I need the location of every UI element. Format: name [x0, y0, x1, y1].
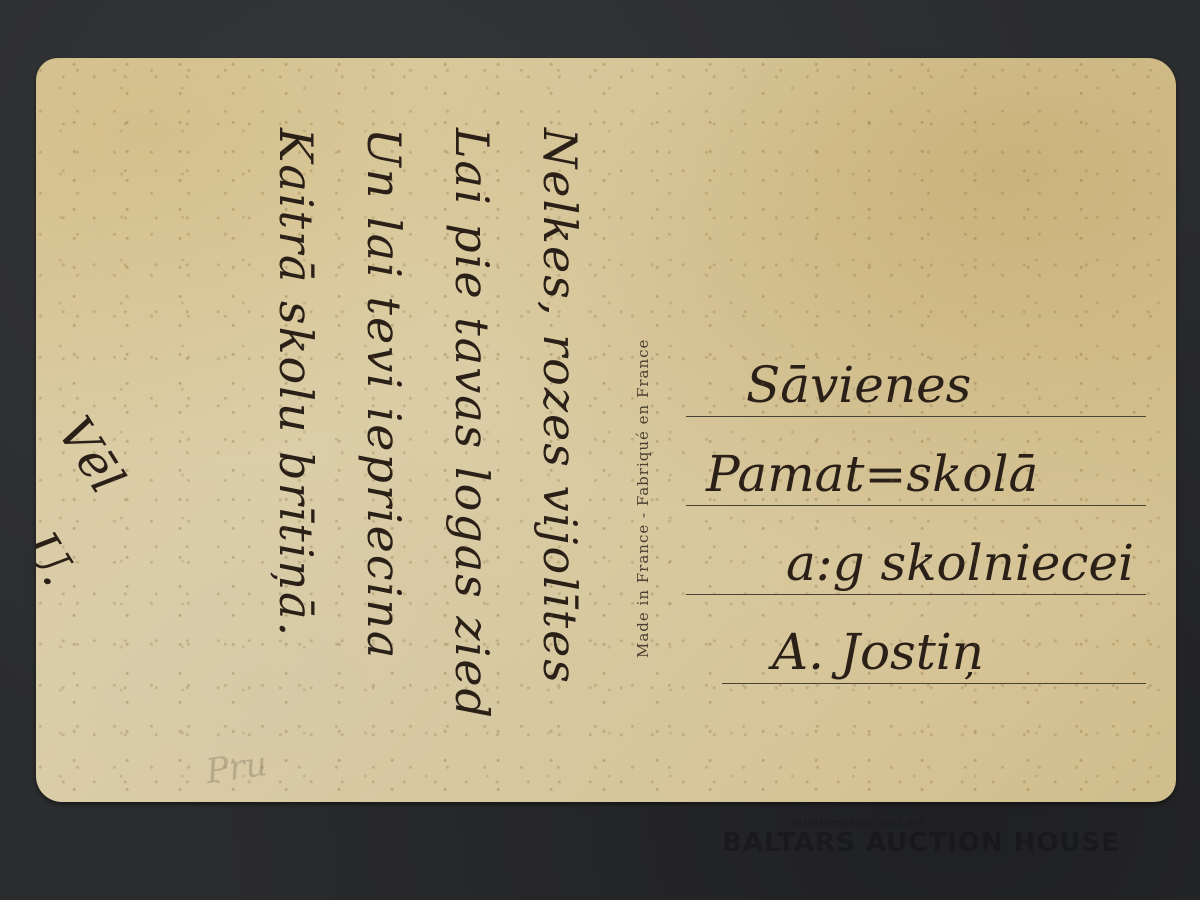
address-line-4: A. Jostiņ	[722, 595, 1146, 684]
faint-pencil-mark: Pru	[204, 744, 270, 792]
auction-house-watermark: BALTARS AUCTION HOUSE	[722, 828, 1120, 858]
postcard: Nelkes, rozes vijolītes Lai pie tavas lo…	[36, 58, 1176, 802]
address-line-3: a:g skolniecei	[686, 506, 1146, 595]
address-text-2: Pamat=skolā	[706, 445, 1038, 503]
address-text-4: A. Jostiņ	[772, 623, 984, 681]
address-line-2: Pamat=skolā	[686, 417, 1146, 506]
publisher-imprint: Made in France - Fabriqué en France	[634, 339, 652, 658]
message-line-3: Un lai tevi iepriecina	[340, 128, 428, 802]
message-line-4: Kaitrā skolu brītiņā.	[252, 128, 340, 802]
message-lines: Nelkes, rozes vijolītes Lai pie tavas lo…	[252, 128, 604, 802]
address-text-3: a:g skolniecei	[786, 534, 1134, 592]
message-line-1: Nelkes, rozes vijolītes	[516, 128, 604, 802]
message-line-2: Lai pie tavas logas zied	[428, 128, 516, 802]
signature: Vēl M. U.	[36, 398, 177, 604]
address-text-1: Sāvienes	[746, 356, 971, 414]
address-block: Sāvienes Pamat=skolā a:g skolniecei A. J…	[686, 328, 1146, 684]
address-line-1: Sāvienes	[686, 328, 1146, 417]
